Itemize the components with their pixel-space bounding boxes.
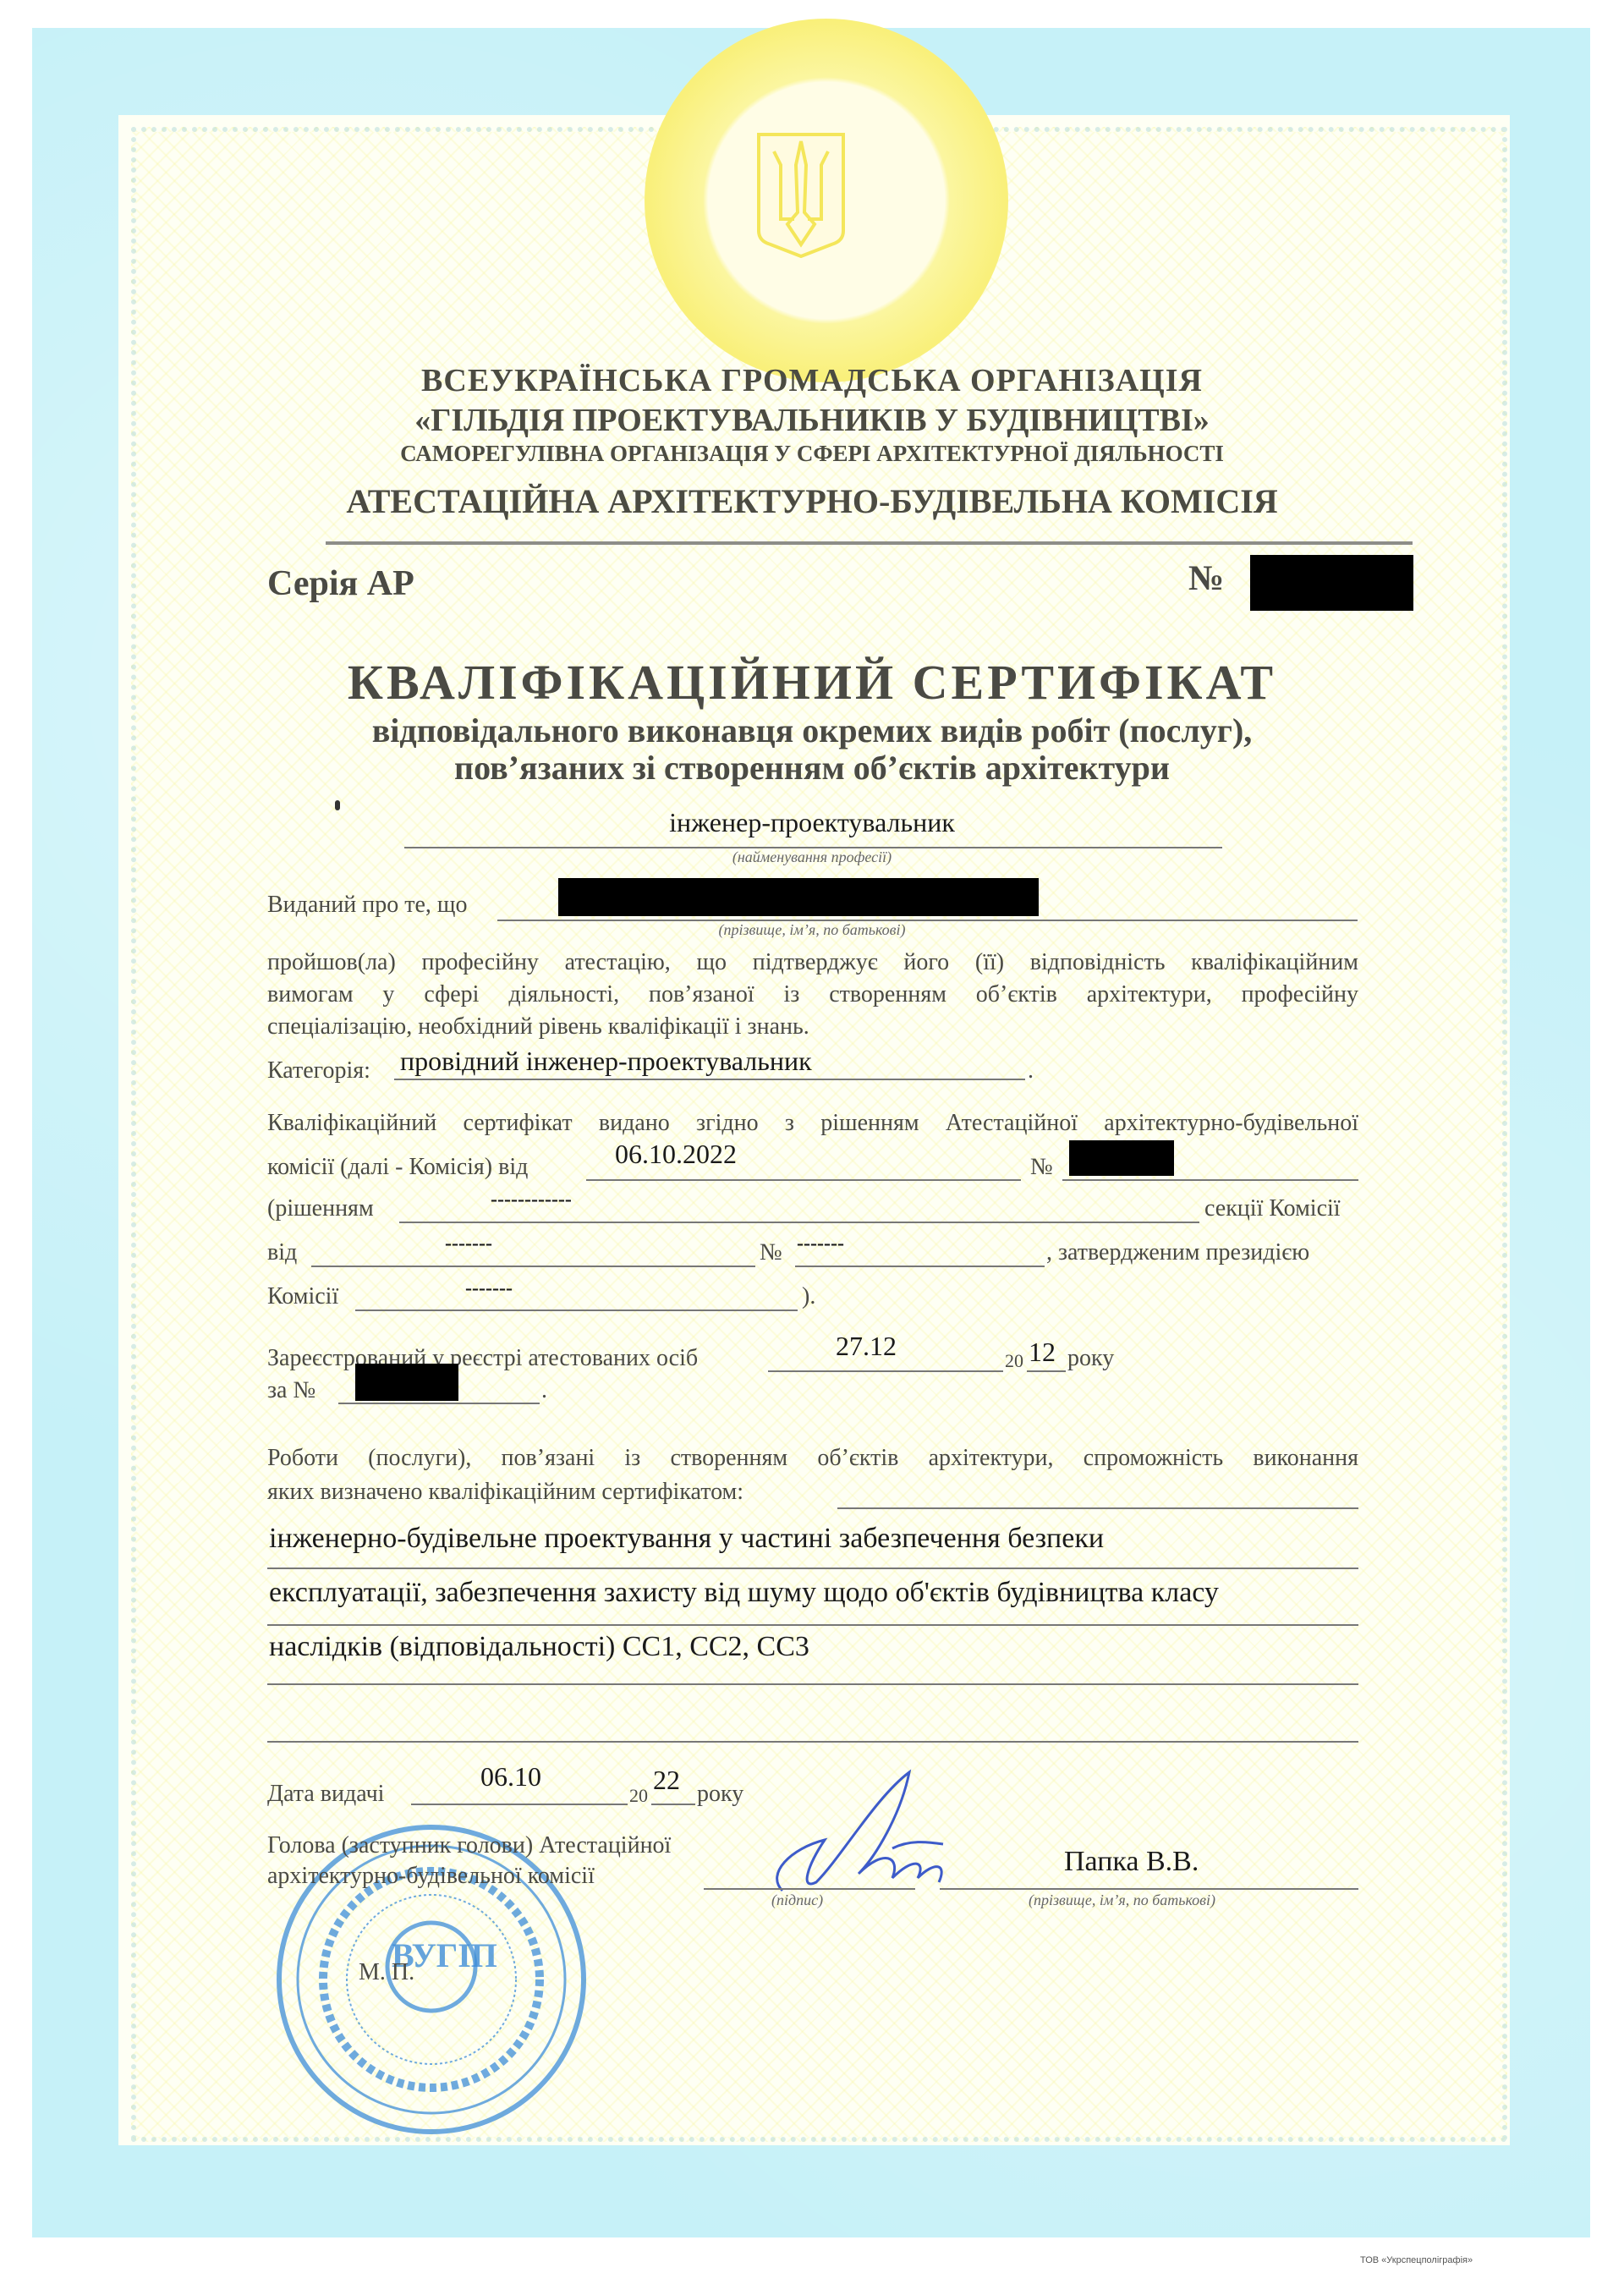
issue-date-value: 06.10	[480, 1761, 541, 1793]
redacted-certificate-number	[1250, 555, 1413, 611]
from-number-sign: №	[760, 1239, 782, 1266]
printer-imprint: ТОВ «Укрспецполіграфія»	[1360, 2255, 1473, 2265]
registry-label: Зареєстрований у реєстрі атестованих осі…	[267, 1345, 698, 1372]
works-line3: наслідків (відповідальності) СС1, СС2, С…	[269, 1631, 809, 1663]
registry-year-suffix: року	[1067, 1345, 1114, 1372]
org-name-line2: «ГІЛЬДІЯ ПРОЕКТУВАЛЬНИКІВ У БУДІВНИЦТВІ»	[0, 402, 1624, 439]
issue-date-line	[411, 1804, 628, 1805]
handwritten-signature	[757, 1764, 977, 1899]
registry-number-label: за №	[267, 1377, 315, 1404]
profession-value: інженер-проектувальник	[0, 807, 1624, 838]
trident-coat-of-arms-icon	[755, 131, 847, 258]
section-label: (рішенням	[267, 1195, 374, 1222]
signature-caption: (підпис)	[771, 1891, 823, 1909]
category-period: .	[1028, 1057, 1034, 1084]
from-line	[311, 1266, 755, 1267]
registry-number-line	[338, 1403, 540, 1404]
registry-year-line	[1027, 1370, 1066, 1372]
profession-caption: (найменування професії)	[0, 848, 1624, 866]
approved-text: , затвердженим президією	[1046, 1239, 1309, 1266]
issue-year: 22	[653, 1765, 680, 1796]
body-text-line1: пройшов(ла) професійну атестацію, що під…	[267, 949, 1358, 976]
from-number-line	[795, 1266, 1045, 1267]
number-sign: №	[1188, 558, 1224, 599]
registry-period: .	[541, 1377, 547, 1404]
works-intro-line2: яких визначено кваліфікаційним сертифіка…	[267, 1479, 743, 1506]
presidium-end: ).	[802, 1283, 815, 1310]
commission-name: АТЕСТАЦІЙНА АРХІТЕКТУРНО-БУДІВЕЛЬНА КОМІ…	[0, 481, 1624, 521]
works-rule3	[267, 1683, 1358, 1685]
org-name-line3: САМОРЕГУЛІВНА ОРГАНІЗАЦІЯ У СФЕРІ АРХІТЕ…	[0, 441, 1624, 467]
works-intro-line	[837, 1507, 1358, 1509]
decision-number-sign: №	[1030, 1154, 1053, 1181]
header-divider	[326, 541, 1413, 545]
presidium-label: Комісії	[267, 1283, 338, 1310]
section-value: ------------	[491, 1189, 572, 1211]
redacted-decision-number	[1069, 1140, 1174, 1176]
presidium-value: -------	[465, 1277, 513, 1300]
redacted-full-name	[558, 878, 1039, 916]
category-label: Категорія:	[267, 1057, 370, 1084]
signature-line	[704, 1888, 915, 1890]
certificate-subtitle-1: відповідального виконавця окремих видів …	[0, 711, 1624, 750]
issue-date-label: Дата видачі	[267, 1781, 384, 1808]
decision-date-line	[586, 1179, 1021, 1181]
works-rule2	[267, 1624, 1358, 1626]
series-label: Серія АР	[267, 563, 414, 604]
name-caption: (прізвище, ім’я, по батькові)	[0, 921, 1624, 939]
registry-year: 12	[1029, 1337, 1056, 1368]
org-name-line1: ВСЕУКРАЇНСЬКА ГРОМАДСЬКА ОРГАНІЗАЦІЯ	[0, 362, 1624, 399]
signatory-name-line	[940, 1888, 1358, 1890]
redacted-registry-number	[355, 1364, 458, 1401]
category-line	[394, 1079, 1025, 1080]
signatory-name-caption: (прізвище, ім’я, по батькові)	[1029, 1891, 1215, 1909]
works-line2: експлуатації, забезпечення захисту від ш…	[269, 1577, 1219, 1609]
signatory-role-line2: архітектурно-будівельної комісії	[267, 1863, 595, 1890]
works-line1: інженерно-будівельне проектування у част…	[269, 1523, 1104, 1555]
category-value: провідний інженер-проектувальник	[400, 1046, 812, 1077]
decision-from-label: комісії (далі - Комісія) від	[267, 1154, 528, 1181]
from-value: -------	[445, 1233, 492, 1255]
body-text-line3: спеціалізацію, необхідний рівень кваліфі…	[267, 1013, 809, 1040]
issue-year-suffix: року	[697, 1781, 743, 1808]
from-number-value: -------	[797, 1233, 844, 1255]
decision-line1: Кваліфікаційний сертифікат видано згідно…	[267, 1110, 1358, 1137]
registry-date-line	[768, 1370, 1003, 1372]
from-label: від	[267, 1239, 297, 1266]
issue-year-line	[651, 1804, 695, 1805]
decision-date: 06.10.2022	[615, 1139, 737, 1170]
issue-year-prefix: 20	[629, 1785, 648, 1807]
works-intro-line1: Роботи (послуги), пов’язані із створення…	[267, 1445, 1358, 1472]
certificate-title: КВАЛІФІКАЦІЙНИЙ СЕРТИФІКАТ	[0, 654, 1624, 711]
works-rule4	[267, 1741, 1358, 1743]
section-line	[399, 1222, 1199, 1223]
seal-place-label: М. П.	[359, 1959, 414, 1986]
registry-year-prefix: 20	[1005, 1350, 1023, 1372]
issued-to-label: Виданий про те, що	[267, 892, 468, 919]
presidium-line	[355, 1309, 798, 1311]
works-rule1	[267, 1568, 1358, 1569]
signatory-role-line1: Голова (заступник голови) Атестаційної	[267, 1832, 671, 1859]
body-text-line2: вимогам у сфері діяльності, пов’язаної і…	[267, 981, 1358, 1008]
certificate-subtitle-2: пов’язаних зі створенням об’єктів архіте…	[0, 748, 1624, 788]
signatory-name: Папка В.В.	[1064, 1846, 1199, 1878]
section-end: секції Комісії	[1204, 1195, 1341, 1222]
registry-date: 27.12	[836, 1331, 897, 1362]
decision-number-line	[1062, 1179, 1358, 1181]
